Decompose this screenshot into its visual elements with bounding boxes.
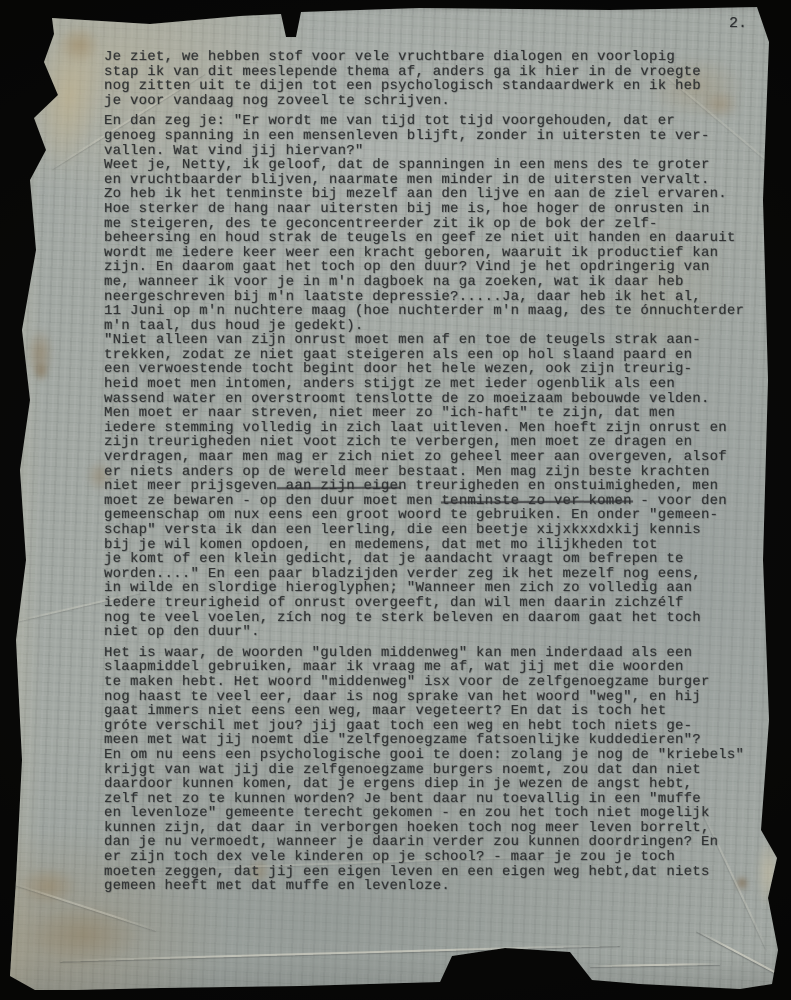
paper-stain <box>26 328 54 378</box>
paper-stain <box>26 18 112 176</box>
paper-stain <box>30 905 140 965</box>
letter-text: Je ziet, we hebben stof voor vele vrucht… <box>104 50 780 900</box>
paper-crease <box>590 963 720 967</box>
paragraph-3: Het is waar, de woorden "gulden middenwe… <box>104 646 780 894</box>
letter-page: 2. Je ziet, we hebben stof voor vele vru… <box>0 0 791 1000</box>
photo-background: 2. Je ziet, we hebben stof voor vele vru… <box>0 0 791 1000</box>
paper-stain <box>58 26 100 64</box>
paper-crease <box>697 930 791 988</box>
page-number: 2. <box>729 15 747 32</box>
paragraph-2: En dan zeg je: "Er wordt me van tijd tot… <box>104 114 780 639</box>
paper-stain <box>18 866 78 906</box>
paper-stain <box>33 360 49 382</box>
paper-crease <box>60 944 620 962</box>
paragraph-1: Je ziet, we hebben stof voor vele vrucht… <box>104 50 780 108</box>
